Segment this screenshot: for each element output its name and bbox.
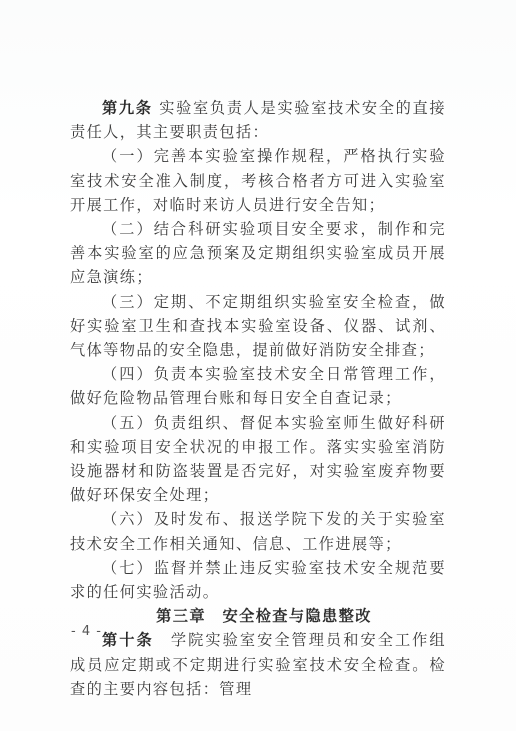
page-number: - 4 - [71, 624, 102, 639]
article-9-item-2: （二）结合科研实验项目安全要求，制作和完善本实验室的应急预案及定期组织实验室成员… [70, 217, 446, 290]
article-10: 第十条 学院实验室安全管理员和安全工作组成员应定期或不定期进行实验室技术安全检查… [70, 628, 446, 701]
article-9-item-4: （四）负责本实验室技术安全日常管理工作，做好危险物品管理台账和每日安全自查记录； [70, 362, 446, 410]
chapter-3-heading: 第三章 安全检查与隐患整改 [70, 604, 446, 628]
article-9-item-6: （六）及时发布、报送学院下发的关于实验室技术安全工作相关通知、信息、工作进展等； [70, 507, 446, 555]
document-body: 第九条 实验室负责人是实验室技术安全的直接责任人，其主要职责包括： （一）完善本… [70, 96, 446, 701]
document-page: 第九条 实验室负责人是实验室技术安全的直接责任人，其主要职责包括： （一）完善本… [0, 0, 516, 731]
article-9-item-7: （七）监督并禁止违反实验室技术安全规范要求的任何实验活动。 [70, 556, 446, 604]
article-9: 第九条 实验室负责人是实验室技术安全的直接责任人，其主要职责包括： [70, 96, 446, 144]
article-9-item-1: （一）完善本实验室操作规程，严格执行实验室技术安全准入制度，考核合格者方可进入实… [70, 144, 446, 217]
article-9-item-5: （五）负责组织、督促本实验室师生做好科研和实验项目安全状况的申报工作。落实实验室… [70, 411, 446, 508]
article-9-label: 第九条 [102, 99, 153, 117]
article-10-label: 第十条 [102, 631, 154, 649]
article-9-item-3: （三）定期、不定期组织实验室安全检查，做好实验室卫生和查找本实验室设备、仪器、试… [70, 290, 446, 363]
